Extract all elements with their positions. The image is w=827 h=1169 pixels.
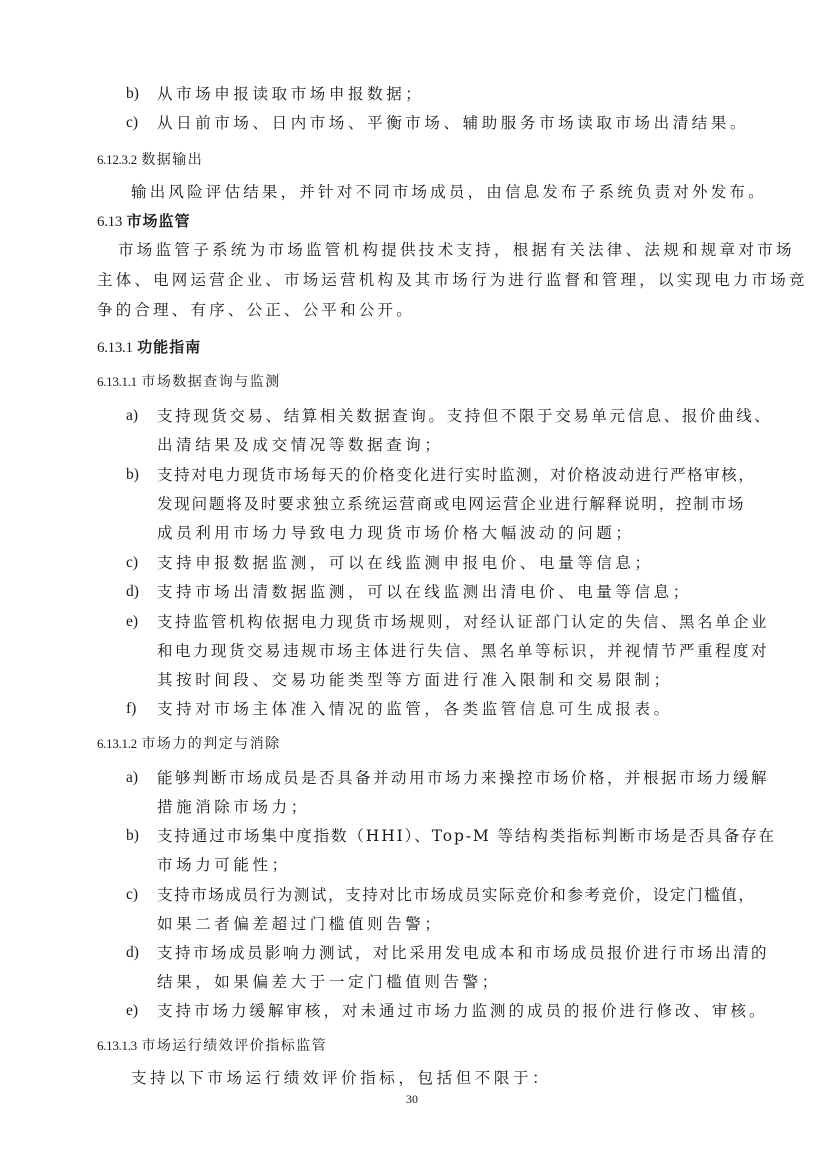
list-label: b) — [126, 465, 139, 485]
list-label: e) — [126, 1001, 138, 1021]
paragraph-line: 主体、电网运营企业、市场运营机构及其市场行为进行监督和管理，以实现电力市场竞 — [97, 270, 808, 290]
list-item-line: 和电力现货交易违规市场主体进行失信、黑名单等标识，并视情节严重程度对 — [157, 641, 769, 661]
list-label: f) — [126, 699, 136, 719]
list-item-line: 支持市场成员影响力测试，对比采用发电成本和市场成员报价进行市场出清的 — [157, 943, 769, 963]
list-item-line: 发现问题将及时要求独立系统运营商或电网运营企业进行解释说明，控制市场 — [157, 494, 745, 514]
list-item-line: 出清结果及成交情况等数据查询； — [157, 435, 444, 455]
list-item-line: 支持市场力缓解审核，对未通过市场力监测的成员的报价进行修改、审核。 — [157, 1001, 768, 1021]
section-title: 市场数据查询与监测 — [141, 374, 281, 390]
section-number: 6.12.3.2 — [97, 152, 137, 167]
paragraph: 输出风险评估结果，并针对不同市场成员，由信息发布子系统负责对外发布。 — [131, 182, 767, 202]
list-item-text: 从日前市场、日内市场、平衡市场、辅助服务市场读取市场出清结果。 — [157, 113, 749, 133]
paragraph: 支持以下市场运行绩效评价指标，包括但不限于： — [131, 1068, 551, 1088]
list-item-line: 成员利用市场力导致电力现货市场价格大幅波动的问题； — [157, 523, 635, 543]
list-item-line: 支持申报数据监测，可以在线监测申报电价、电量等信息； — [157, 553, 654, 573]
paragraph-line: 争的合理、有序、公正、公平和公开。 — [97, 300, 415, 320]
section-number: 6.13.1.1 — [97, 374, 137, 389]
list-label: c) — [126, 113, 138, 133]
list-label: c) — [126, 553, 138, 573]
section-title: 功能指南 — [137, 338, 201, 356]
page-number: 30 — [406, 1092, 418, 1106]
section-heading-6-13-1-2: 6.13.1.2 市场力的判定与消除 — [97, 734, 281, 754]
section-heading-6-13-1: 6.13.1 功能指南 — [97, 337, 201, 358]
list-label: d) — [126, 943, 139, 963]
list-item-line: 结果，如果偏差大于一定门槛值则告警； — [157, 972, 501, 992]
section-number: 6.13.1.3 — [97, 1038, 137, 1053]
section-title: 数据输出 — [141, 152, 203, 168]
section-heading-6-13: 6.13 市场监管 — [97, 211, 191, 232]
list-item-line: 能够判断市场成员是否具备并动用市场力来操控市场价格，并根据市场力缓解 — [157, 768, 769, 788]
section-heading-6-13-1-3: 6.13.1.3 市场运行绩效评价指标监管 — [97, 1036, 327, 1056]
list-item-line: 支持对市场主体准入情况的监管，各类监管信息可生成报表。 — [157, 699, 673, 719]
paragraph-line: 市场监管子系统为市场监管机构提供技术支持，根据有关法律、法规和规章对市场 — [118, 240, 795, 260]
list-item-line: 市场力可能性； — [157, 855, 291, 875]
list-label: c) — [126, 885, 138, 905]
list-label: a) — [126, 768, 138, 788]
list-item-line: 支持通过市场集中度指数（HHI）、Top-M 等结构类指标判断市场是否具备存在 — [157, 826, 776, 846]
section-title: 市场监管 — [127, 212, 191, 230]
list-item-line: 支持监管机构依据电力现货市场规则，对经认证部门认定的失信、黑名单企业 — [157, 612, 769, 632]
section-title: 市场运行绩效评价指标监管 — [141, 1038, 327, 1054]
section-number: 6.13 — [97, 214, 122, 230]
list-label: d) — [126, 582, 139, 602]
section-title: 市场力的判定与消除 — [141, 736, 281, 752]
list-item-line: 支持市场成员行为测试，支持对比市场成员实际竞价和参考竞价，设定门槛值， — [157, 885, 756, 905]
list-label: b) — [126, 84, 139, 104]
list-label: b) — [126, 826, 139, 846]
section-number: 6.13.1.2 — [97, 736, 137, 751]
list-item-line: 支持对电力现货市场每天的价格变化进行实时监测，对价格波动进行严格审核， — [157, 465, 756, 485]
section-heading-6-12-3-2: 6.12.3.2 数据输出 — [97, 150, 203, 170]
list-item-line: 支持市场出清数据监测，可以在线监测出清电价、电量等信息； — [157, 582, 692, 602]
list-label: e) — [126, 612, 138, 632]
list-item-line: 如果二者偏差超过门槛值则告警； — [157, 914, 444, 934]
section-number: 6.13.1 — [97, 340, 133, 356]
section-heading-6-13-1-1: 6.13.1.1 市场数据查询与监测 — [97, 372, 281, 392]
list-item-line: 支持现货交易、结算相关数据查询。支持但不限于交易单元信息、报价曲线、 — [157, 406, 772, 426]
list-item-text: 从市场申报读取市场申报数据； — [157, 84, 424, 104]
list-label: a) — [126, 406, 138, 426]
list-item-line: 其按时间段、交易功能类型等方面进行准入限制和交易限制； — [157, 670, 673, 690]
list-item-line: 措施消除市场力； — [157, 797, 310, 817]
